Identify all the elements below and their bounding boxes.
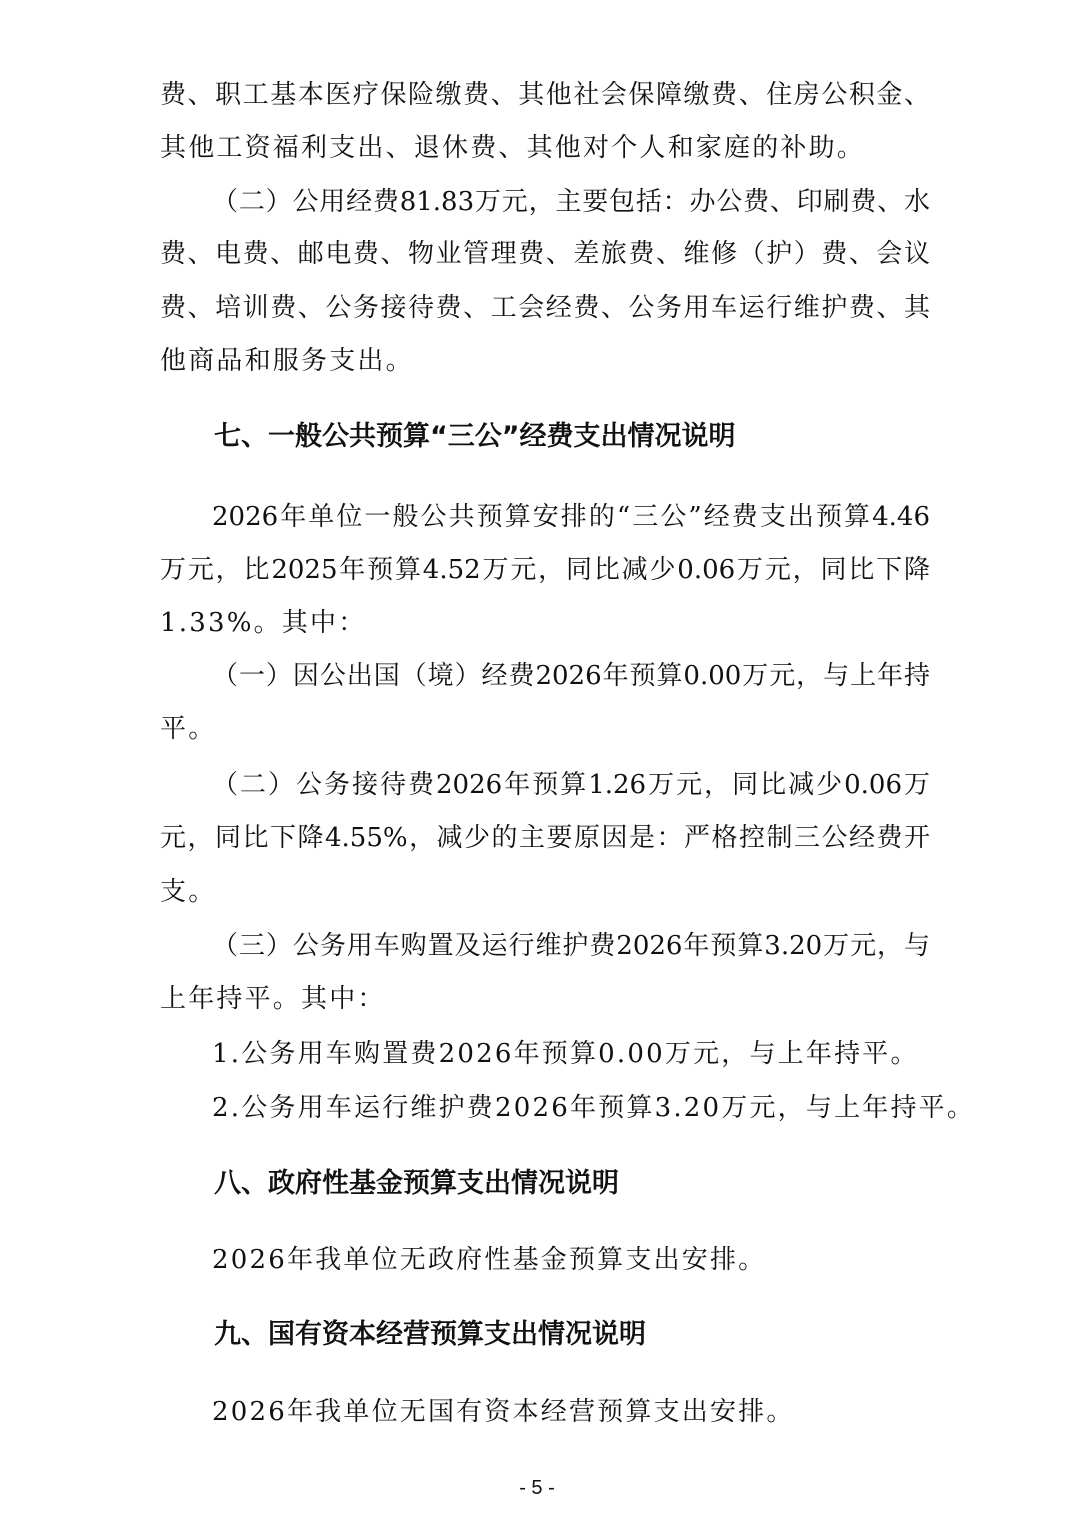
body-text-line: 2026年我单位无国有资本经营预算支出安排。 [212, 1396, 930, 1428]
body-text-line: 费、职工基本医疗保险缴费、其他社会保障缴费、住房公积金、 [160, 79, 930, 111]
list-item-3: （三）公务用车购置及运行维护费2026年预算3.20万元，与 [212, 930, 930, 962]
section-heading-7: 七、一般公共预算“三公”经费支出情况说明 [214, 420, 736, 454]
section-heading-8: 八、政府性基金预算支出情况说明 [214, 1167, 619, 1201]
body-text-line: （二）公用经费81.83万元，主要包括：办公费、印刷费、水 [212, 186, 930, 218]
body-text-line: 万元，比2025年预算4.52万元，同比减少0.06万元，同比下降 [160, 554, 930, 586]
sub-item-1: 1.公务用车购置费2026年预算0.00万元，与上年持平。 [212, 1038, 930, 1070]
sub-item-2: 2.公务用车运行维护费2026年预算3.20万元，与上年持平。 [212, 1092, 930, 1124]
list-item-1: （一）因公出国（境）经费2026年预算0.00万元，与上年持 [212, 660, 930, 692]
body-text-line: 其他工资福利支出、退休费、其他对个人和家庭的补助。 [160, 132, 930, 164]
list-item-2: （二）公务接待费2026年预算1.26万元，同比减少0.06万 [212, 769, 930, 801]
body-text-line: 平。 [160, 713, 930, 745]
body-text-line: 2026年我单位无政府性基金预算支出安排。 [212, 1244, 930, 1276]
body-text-line: 上年持平。其中： [160, 983, 930, 1015]
body-text-line: 费、培训费、公务接待费、工会经费、公务用车运行维护费、其 [160, 292, 930, 324]
body-text-line: 费、电费、邮电费、物业管理费、差旅费、维修（护）费、会议 [160, 238, 930, 270]
body-text-line: 支。 [160, 876, 930, 908]
body-text-line: 2026年单位一般公共预算安排的“三公”经费支出预算4.46 [212, 501, 930, 533]
body-text-line: 1.33%。其中： [160, 607, 930, 639]
body-text-line: 他商品和服务支出。 [160, 345, 930, 377]
section-heading-9: 九、国有资本经营预算支出情况说明 [214, 1318, 646, 1352]
page-number: - 5 - [0, 1477, 1074, 1500]
body-text-line: 元，同比下降4.55%，减少的主要原因是：严格控制三公经费开 [160, 822, 930, 854]
